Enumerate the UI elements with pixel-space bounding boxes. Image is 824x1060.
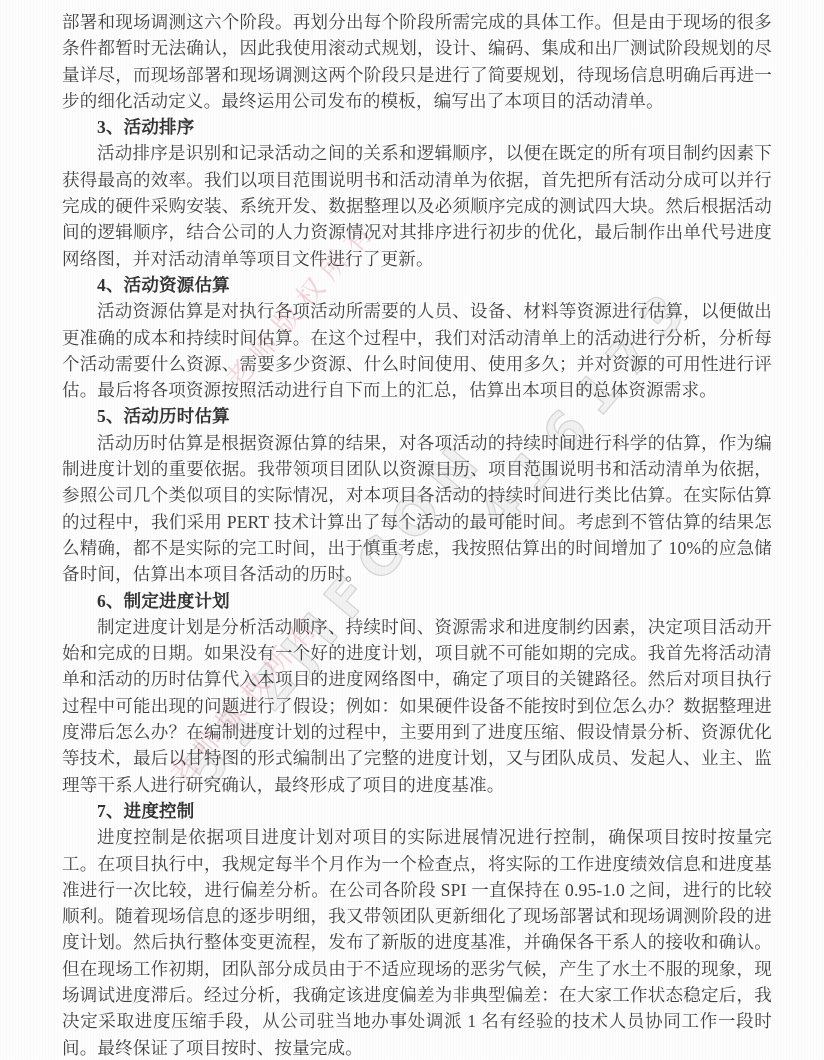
paragraph-duration-estimating: 活动历时估算是根据资源估算的结果，对各项活动的持续时间进行科学的估算，作为编制进… [62, 430, 772, 588]
section-heading-schedule-control: 7、进度控制 [62, 798, 772, 824]
paragraph-schedule-control: 进度控制是依据项目进度计划对项目的实际进展情况进行控制，确保项目按时按量完工。在… [62, 824, 772, 1060]
section-heading-resource-estimating: 4、活动资源估算 [62, 272, 772, 298]
section-heading-activity-sequencing: 3、活动排序 [62, 114, 772, 140]
paragraph-resource-estimating: 活动资源估算是对执行各项活动所需要的人员、设备、材料等资源进行估算，以便做出更准… [62, 298, 772, 403]
section-heading-schedule-development: 6、制定进度计划 [62, 588, 772, 614]
paragraph-activity-definition-continued: 部署和现场调测这六个阶段。再划分出每个阶段所需完成的具体工作。但是由于现场的很多… [62, 9, 772, 114]
document-body: 部署和现场调测这六个阶段。再划分出每个阶段所需完成的具体工作。但是由于现场的很多… [62, 9, 772, 1060]
paragraph-activity-sequencing: 活动排序是识别和记录活动之间的关系和逻辑顺序，以便在既定的所有项目制约因素下获得… [62, 140, 772, 271]
section-heading-duration-estimating: 5、活动历时估算 [62, 403, 772, 429]
document-page: 51ZJIFCON 416173 老师版权所有 老师版权所有 部署和现场调测这六… [0, 0, 824, 1060]
paragraph-schedule-development: 制定进度计划是分析活动顺序、持续时间、资源需求和进度制约因素，决定项目活动开始和… [62, 614, 772, 798]
